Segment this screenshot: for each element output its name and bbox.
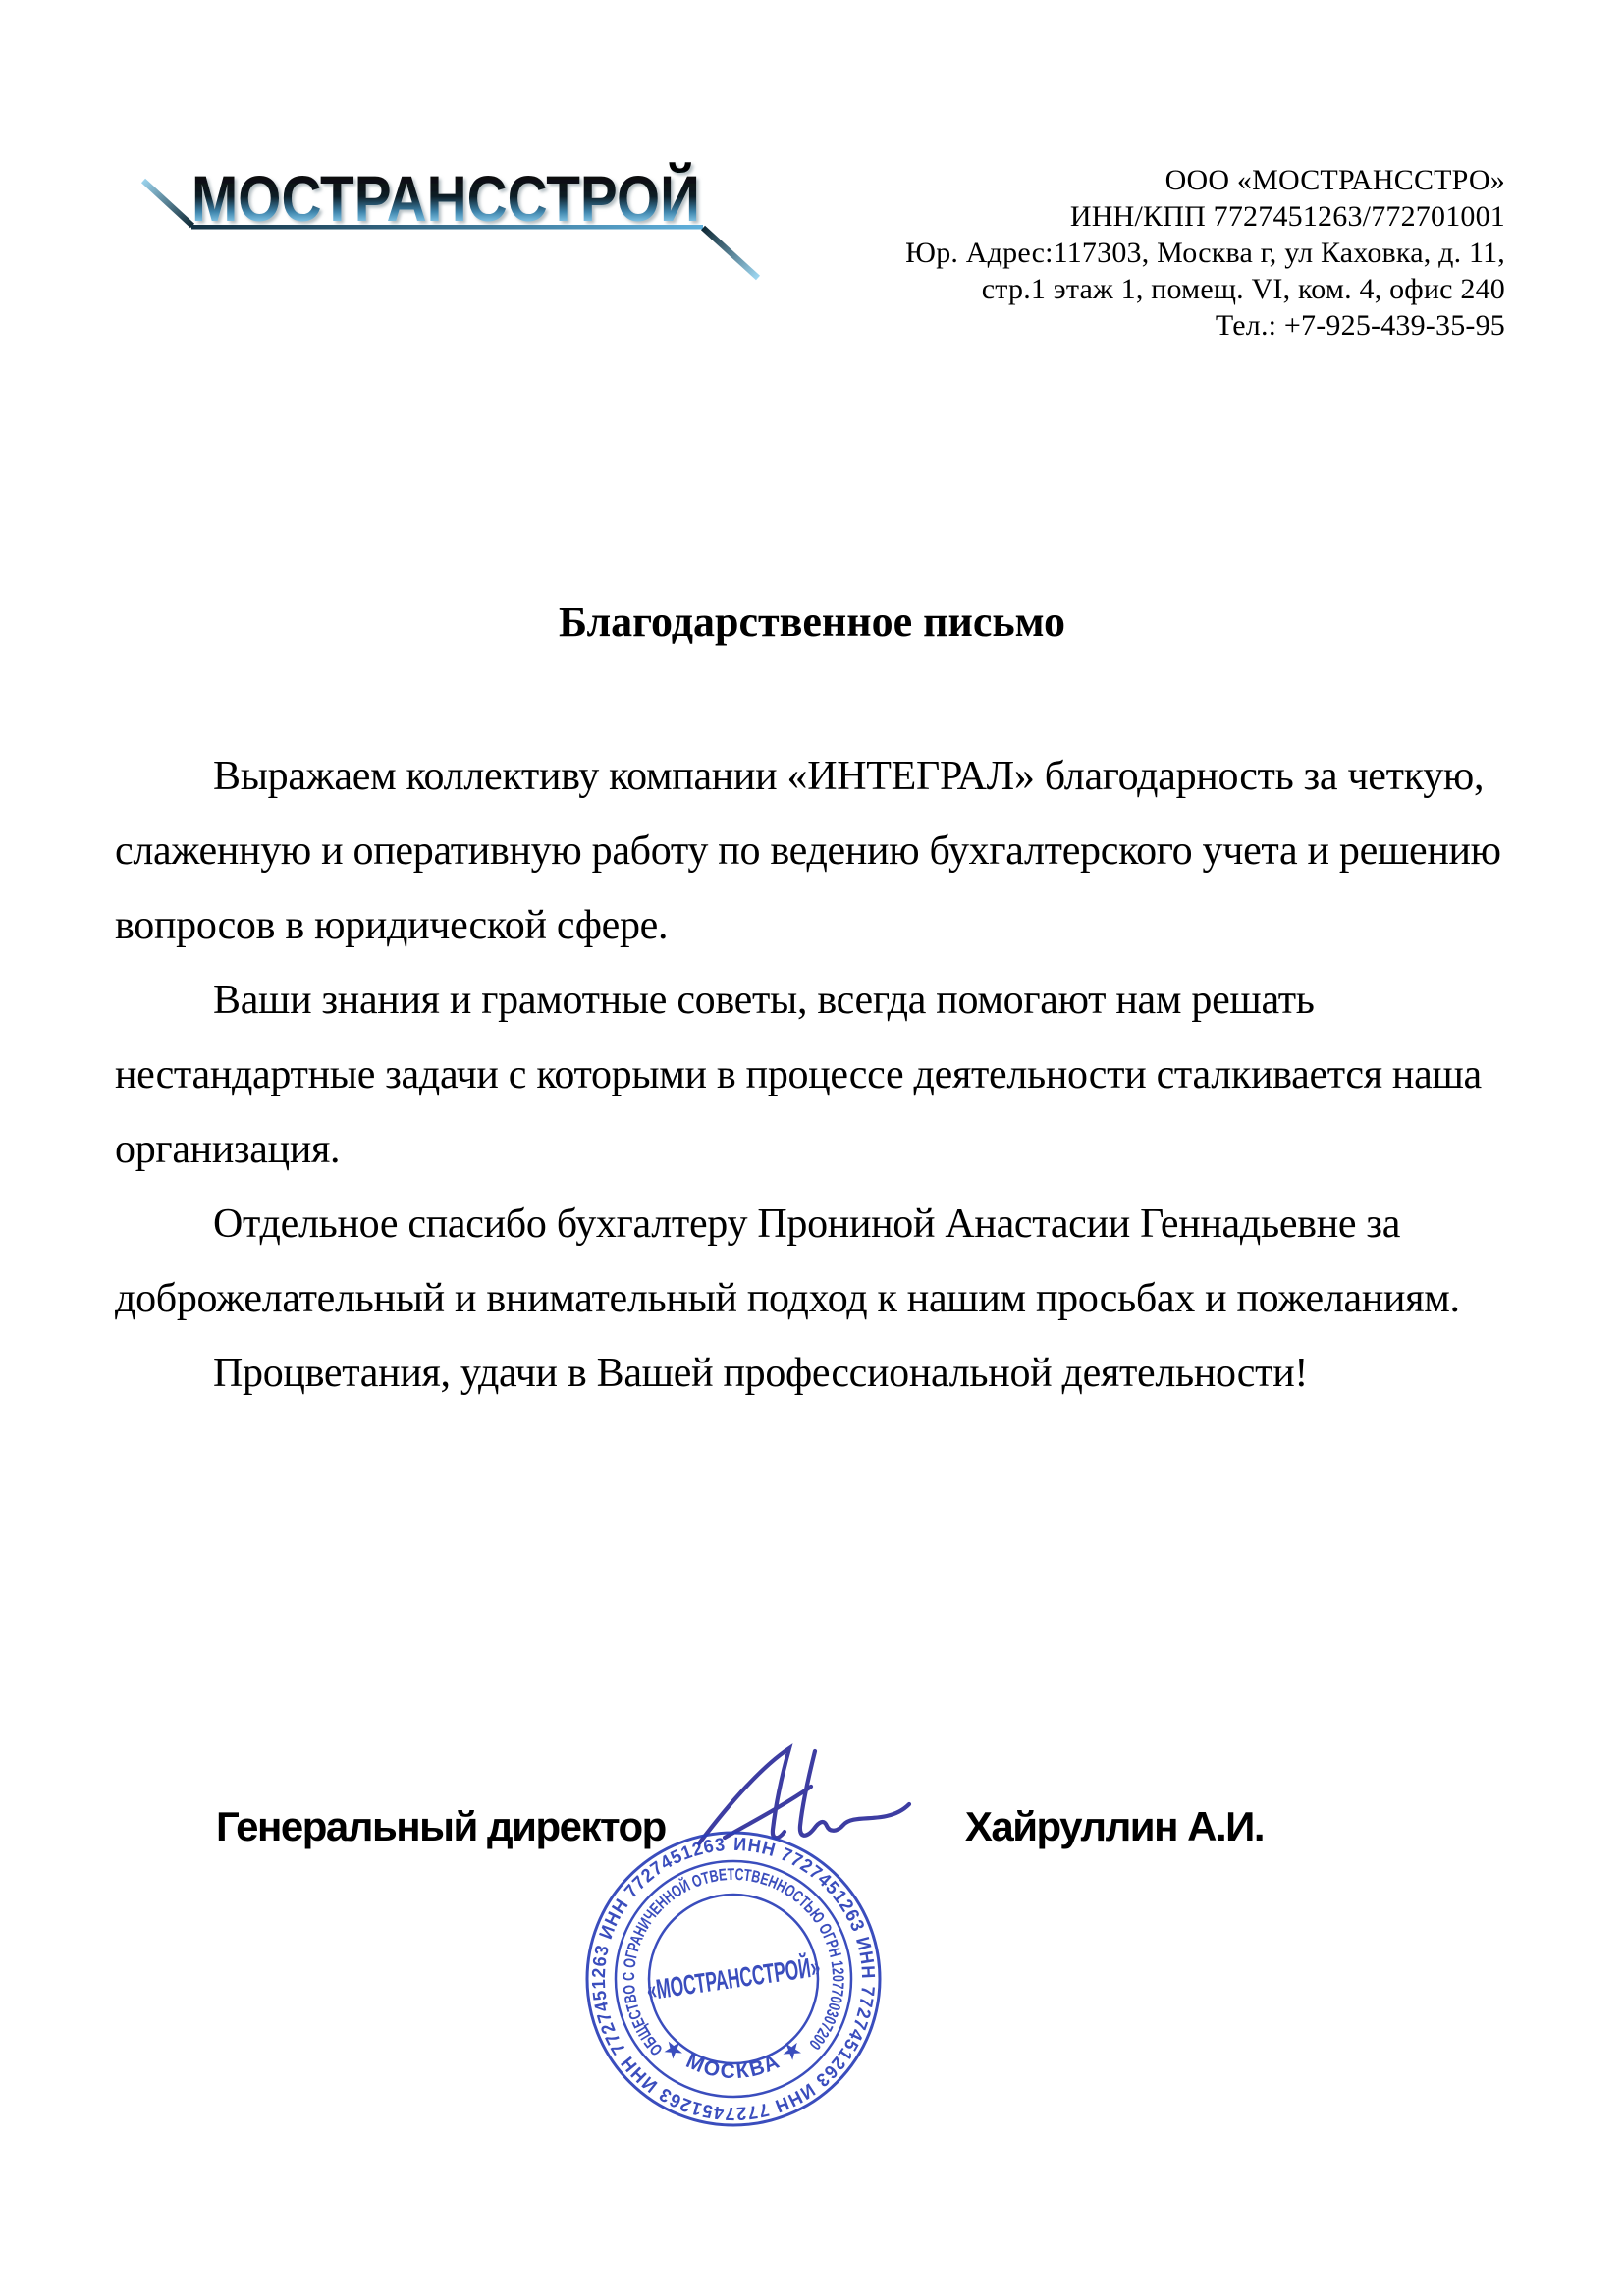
letter-title: Благодарственное письмо: [0, 597, 1624, 647]
letter-page: МОСТРАНССТРОЙ ООО «МОСТРАНССТРО» ИНН/КПП…: [0, 0, 1624, 2296]
logo-left-diagonal: [143, 181, 192, 226]
director-name: Хайруллин А.И.: [965, 1804, 1264, 1849]
company-stamp: ИНН 7727451263 ИНН 7727451263 ИНН 772745…: [583, 1829, 884, 2129]
company-logo: МОСТРАНССТРОЙ: [135, 155, 784, 288]
company-address-line-2: стр.1 этаж 1, помещ. VI, ком. 4, офис 24…: [905, 271, 1505, 307]
stamp-city-text: ★ МОСКВА ★: [659, 2035, 808, 2083]
letter-paragraph: Отдельное спасибо бухгалтеру Прониной Ан…: [115, 1187, 1513, 1336]
company-phone-line: Тел.: +7-925-439-35-95: [905, 307, 1505, 344]
company-details-block: ООО «МОСТРАНССТРО» ИНН/КПП 7727451263/77…: [905, 162, 1505, 344]
company-inn-kpp-line: ИНН/КПП 7727451263/772701001: [905, 198, 1505, 235]
stamp-center-text: «МОСТРАНССТРОЙ»: [645, 1950, 823, 2005]
logo-text: МОСТРАНССТРОЙ: [191, 161, 700, 235]
company-name-line: ООО «МОСТРАНССТРО»: [905, 162, 1505, 198]
logo-underline: [191, 225, 703, 230]
company-logo-graphic: МОСТРАНССТРОЙ: [135, 155, 784, 288]
letter-paragraph: Выражаем коллективу компании «ИНТЕГРАЛ» …: [115, 739, 1513, 963]
company-address-line-1: Юр. Адрес:117303, Москва г, ул Каховка, …: [905, 235, 1505, 271]
letter-body: Выражаем коллективу компании «ИНТЕГРАЛ» …: [115, 739, 1513, 1411]
letter-paragraph: Ваши знания и грамотные советы, всегда п…: [115, 963, 1513, 1187]
logo-right-diagonal: [703, 228, 758, 278]
letter-paragraph: Процветания, удачи в Вашей профессиональ…: [115, 1336, 1513, 1411]
signature-stroke: [800, 1751, 909, 1836]
